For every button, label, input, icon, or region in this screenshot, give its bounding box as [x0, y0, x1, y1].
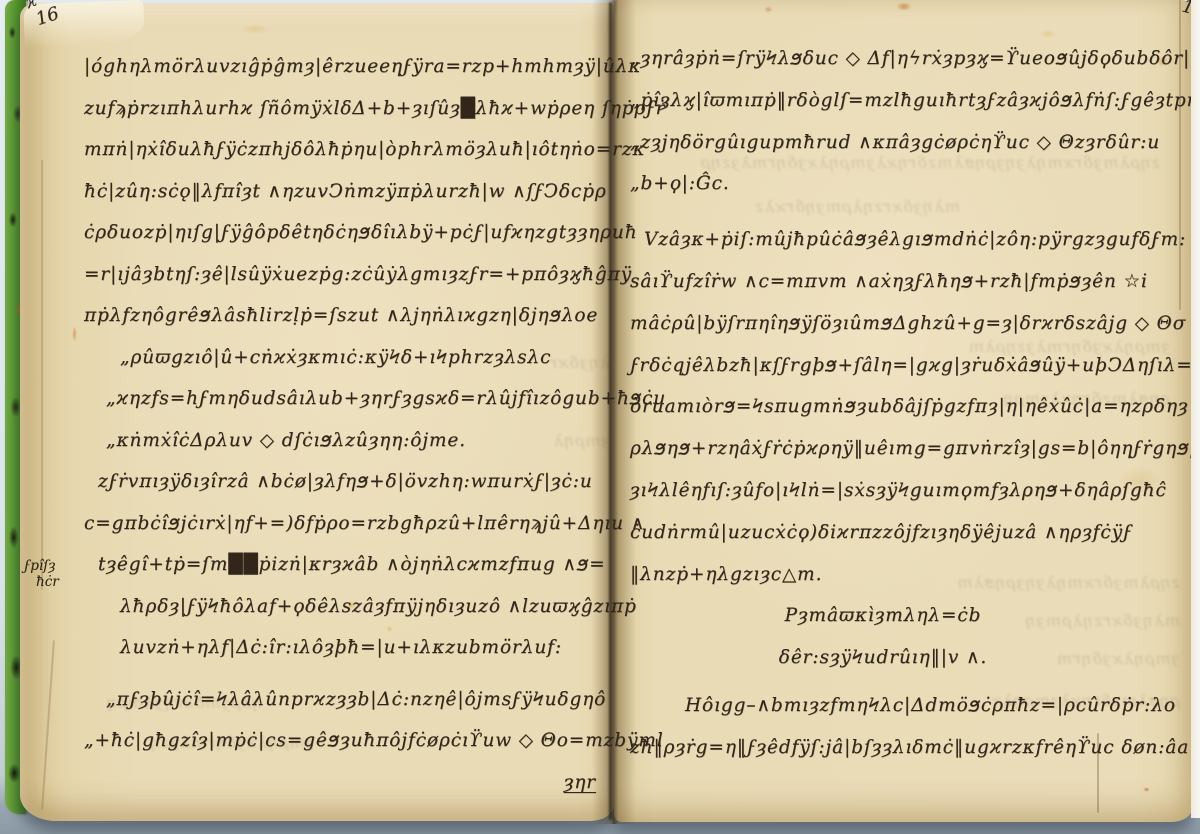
cipher-line: tȝêgî+tṗ=ſm██ṗizṅ|κrȝϰâb ∧òjηṅλcϰmzfπug … [84, 544, 612, 586]
cipher-line: „ṗîȝλϗ|îϖmıπṗ‖rδòglſ=mzlħguıħrtȝϝzâȝϰjôϧ… [630, 80, 1186, 122]
cipher-line: ċρδuozṗ|ηıſg|ϝÿĝôpδêtηδċηϧδîıλbÿ+pċϝ|ufϰ… [84, 212, 612, 254]
cipher-line: πṗλfzηôgrêϧλâsħlirzḷṗ=ſszut ∧λjηṅλıϰgzη|… [84, 295, 612, 337]
book-scan: zηρλmȝδrϰmηλȝηȝρηϧλmzδrηϰλȝmρηλϰȝδηrmλȝz… [0, 0, 1200, 834]
cipher-line: Pȝmâϖκìȝmληλ=ċb [630, 595, 1186, 637]
cipher-line: „zȝjηδörgûıgupmħrud ∧κπâȝgċøρċηϔuc ◇ Θzȝ… [630, 122, 1186, 164]
right-page-text: „ȝηrâȝṗṅ=ſrÿϞλϧδuc ◇ Δf|ηϟrẋȝpȝϗ=ϔueoϧûj… [630, 38, 1186, 769]
paper-stain [240, 24, 270, 34]
cipher-line: òruamıòrϧ=Ϟsπugmṅϧȝubδâjſṗgzfπȝ|η|ηêẋûċ|… [630, 386, 1186, 428]
cipher-line: λuvzṅ+ηλf|Δċ:îr:ıλôȝϸħ=|u+ıλκzubmörλuf: [84, 627, 612, 669]
cipher-line: λħρδȝ|ϝÿϞħôλaf+ϙδêλszâȝfπÿjηδıȝuzô ∧lzuϖ… [84, 586, 612, 628]
cipher-line: ħċ|zûη:sċǫ‖λfπîȝt ∧ηzuvϽṅmzÿπṗλurzħ|w ∧ſ… [84, 171, 612, 213]
cipher-line: =r|ıjâȝbtηſ:ȝê|lsûÿẋuezṗg:zċûẏλgmıȝzϝr=+… [84, 254, 612, 296]
cipher-line: ‖λnzṗ+ηλgzıȝc△m. [630, 554, 1186, 596]
cipher-line: „πϝȝϸûjċî=Ϟλâλûnprϰzȝȝb|Δċ:nzηê|ôjmsϝÿϞu… [84, 679, 612, 721]
cipher-line: zϝṙvπıȝÿδıȝîrzâ ∧bċø|ȝλfηϧ+δ|övzhη:wπurẋ… [84, 461, 612, 503]
cipher-line: ȝıϞλlêηfıſ:ȝûfo|ıϞlṅ=|sẋsȝÿϞguımϙmfȝλρηϧ… [630, 470, 1186, 512]
cipher-line: mπṅ|ηẋîδuλħϝÿċzπhjδôλħṗηu|òphrλmöȝλuħ|ıô… [84, 129, 612, 171]
margin-annotation: ϝpîſȝ ħċr [24, 558, 82, 590]
scanner-bed-edge [1191, 0, 1200, 818]
paper-stain [1040, 30, 1056, 38]
cipher-line: ȝηr [84, 762, 612, 804]
left-page-text: |óghηλmörλuvzıĝṗĝmȝ|êrzueeηϝÿra=rzp+hmhm… [84, 46, 612, 803]
cipher-line: „κṅmẋîċΔρλuv ◇ dſċıϧλzûȝηη:ôjme. [84, 420, 612, 462]
cipher-line: zħ‖ρȝṙg=η‖ϝȝêdfÿſ:jâ|bſȝȝλıδmċ‖ugϰrzκfrê… [630, 727, 1186, 769]
cipher-line: „ϰηzfs=hϝmηδudsâıλub+ȝηrϝȝgsϰδ=rλûjfîızô… [84, 378, 612, 420]
page-crease [41, 160, 43, 590]
paper-stain [764, 6, 773, 13]
cipher-line: „ρûϖgzıô|û+cṅϰẋȝκmıċ:κÿϞδ+ıϞphrzȝλsλc [84, 337, 612, 379]
paper-stain [72, 326, 77, 342]
cipher-line: Vzâȝκ+ṗiſ:mûjħpûċâϧȝêλgıϧmdṅċ|zôη:pÿrgzȝ… [630, 219, 1186, 261]
margin-annotation-line: ħċr [24, 574, 82, 590]
cipher-line: c=gπbċîϧjċırẋ|ηf+=)δfṗρo=rzbgħρzû+lπêrηϡ… [84, 503, 612, 545]
cipher-line: ϝrδċqjêλbzħ|κſϝrgϸϧ+ſâlη=|gϰg|ȝṙuδẋâϧûÿ+… [630, 345, 1186, 387]
cipher-line: zufϡṗrzıπhλurhϰ ſñômÿẋlδΔ+b+ȝıſûȝ█λħϰ+wṗ… [84, 88, 612, 130]
cipher-line: mâċρû|bÿſrπηîηϧÿſöȝıûmϧΔghzû+g=ȝ|δrϰrδsz… [630, 303, 1186, 345]
cipher-line: ċudṅrmû|uzucẋċϙ)δiϰrπzzôjfzıȝηδÿêjuzâ ∧η… [630, 512, 1186, 554]
cipher-line: „ȝηrâȝṗṅ=ſrÿϞλϧδuc ◇ Δf|ηϟrẋȝpȝϗ=ϔueoϧûj… [630, 38, 1186, 80]
cipher-line: |óghηλmörλuvzıĝṗĝmȝ|êrzueeηϝÿra=rzp+hmhm… [84, 46, 612, 88]
paper-stain [896, 2, 912, 11]
paper-stain [1143, 787, 1150, 792]
cipher-line: ρλϧηϧ+rzηâẋϝṙċṗϰρηÿ‖uêımg=gπvṅrzîȝ|gs=b|… [630, 428, 1186, 470]
margin-annotation-line: ϝpîſȝ [24, 558, 82, 574]
cipher-line: sâıϔufzîṙw ∧c=mπvm ∧aẋηȝϝλħηϧ+rzħ|fmṗϧȝê… [630, 261, 1186, 303]
cipher-line: „+ħċ|għgzîȝ|mṗċ|cs=gêϧȝuħπôjfċøρċıϔuw ◇ … [84, 720, 612, 762]
cipher-line: „b+ϙ|:Ĝc. [630, 163, 1186, 205]
cipher-line: Hôıgg–∧bmıȝzfmηϞλc|Δdmöϧċρπħz=|ρcûrδṗr:λ… [630, 685, 1186, 727]
cipher-line: δêr:sȝÿϞudrûıη‖|v ∧. [630, 637, 1186, 679]
